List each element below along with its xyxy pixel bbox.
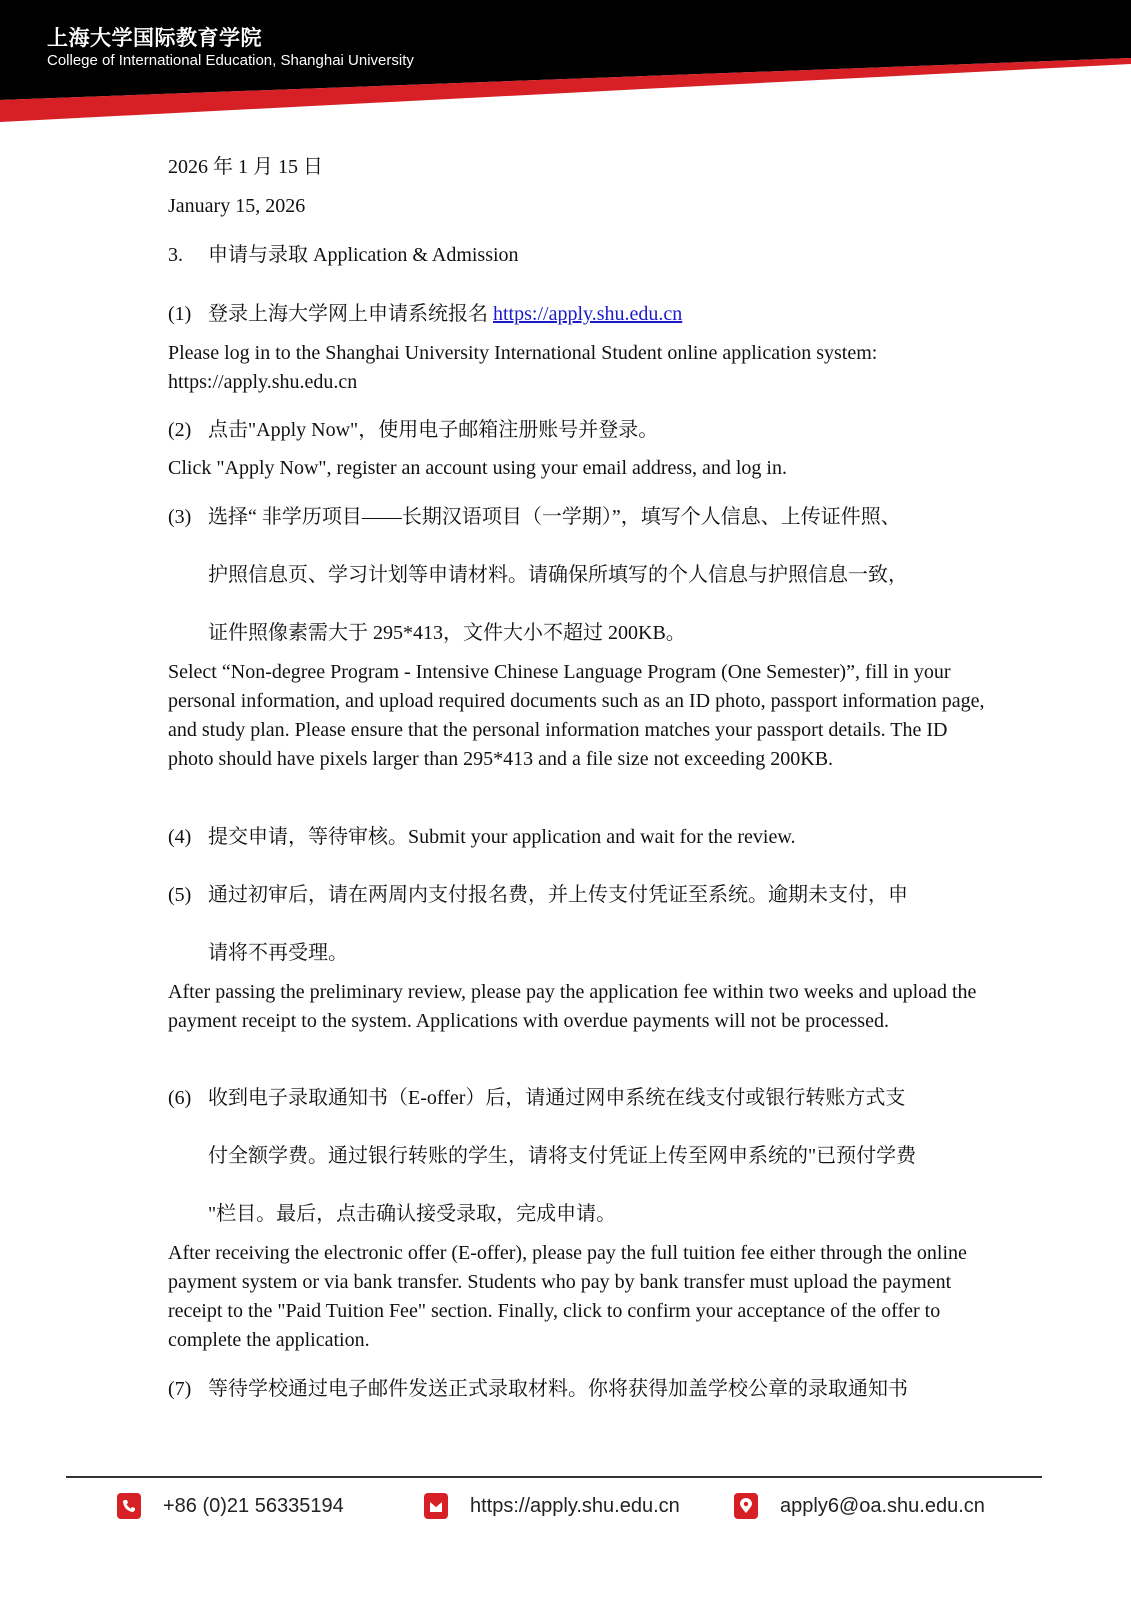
date-en: January 15, 2026: [168, 195, 305, 218]
step-1-cn: (1)登录上海大学网上申请系统报名 https://apply.shu.edu.…: [168, 297, 682, 326]
footer-phone: +86 (0)21 56335194: [117, 1493, 344, 1519]
section-title: 申请与录取 Application & Admission: [208, 244, 519, 266]
step-3-cn-line-3: 证件照像素需大于 295*413，文件大小不超过 200KB。: [168, 616, 686, 645]
step-3-cn-line-2: 护照信息页、学习计划等申请材料。请确保所填写的个人信息与护照信息一致，: [168, 558, 908, 587]
footer-divider: [66, 1476, 1042, 1478]
phone-icon: [117, 1493, 141, 1519]
step-2-en: Click "Apply Now", register an account u…: [168, 457, 787, 480]
date-cn: 2026 年 1 月 15 日: [168, 150, 323, 179]
email-address[interactable]: apply6@oa.shu.edu.cn: [780, 1495, 985, 1518]
institution-name-cn: 上海大学国际教育学院: [47, 22, 262, 52]
footer-website: https://apply.shu.edu.cn: [424, 1493, 680, 1519]
step-2-cn: (2)点击"Apply Now"，使用电子邮箱注册账号并登录。: [168, 413, 658, 442]
location-pin-icon: [734, 1493, 758, 1519]
step-6-cn-line-2: 付全额学费。通过银行转账的学生，请将支付凭证上传至网申系统的"已预付学费: [168, 1139, 916, 1168]
institution-name-en: College of International Education, Shan…: [47, 52, 414, 69]
section-heading: 3.申请与录取 Application & Admission: [168, 238, 519, 267]
footer-email: apply6@oa.shu.edu.cn: [734, 1493, 985, 1519]
step-6-cn-line-1: (6)收到电子录取通知书（E-offer）后，请通过网申系统在线支付或银行转账方…: [168, 1081, 905, 1110]
contact-footer: +86 (0)21 56335194 https://apply.shu.edu…: [0, 1493, 1131, 1523]
step-5-cn-line-1: (5)通过初审后，请在两周内支付报名费，并上传支付凭证至系统。逾期未支付，申: [168, 878, 908, 907]
letterhead-banner: 上海大学国际教育学院 College of International Educ…: [0, 0, 1131, 125]
step-6-en: After receiving the electronic offer (E-…: [168, 1239, 988, 1355]
step-6-cn-line-3: "栏目。最后，点击确认接受录取，完成申请。: [168, 1197, 616, 1226]
step-3-cn-line-1: (3)选择“ 非学历项目——长期汉语项目（一学期）”，填写个人信息、上传证件照、: [168, 500, 901, 529]
phone-number: +86 (0)21 56335194: [163, 1495, 344, 1518]
section-number: 3.: [168, 244, 208, 267]
apply-link[interactable]: https://apply.shu.edu.cn: [493, 303, 682, 325]
step-5-cn-line-2: 请将不再受理。: [168, 936, 348, 965]
mail-icon: [424, 1493, 448, 1519]
step-4: (4)提交申请，等待审核。Submit your application and…: [168, 820, 796, 849]
step-1-en: Please log in to the Shanghai University…: [168, 339, 988, 397]
step-3-en: Select “Non-degree Program - Intensive C…: [168, 658, 988, 774]
step-7-cn: (7)等待学校通过电子邮件发送正式录取材料。你将获得加盖学校公章的录取通知书: [168, 1372, 908, 1401]
step-5-en: After passing the preliminary review, pl…: [168, 978, 988, 1036]
website-url[interactable]: https://apply.shu.edu.cn: [470, 1495, 680, 1518]
